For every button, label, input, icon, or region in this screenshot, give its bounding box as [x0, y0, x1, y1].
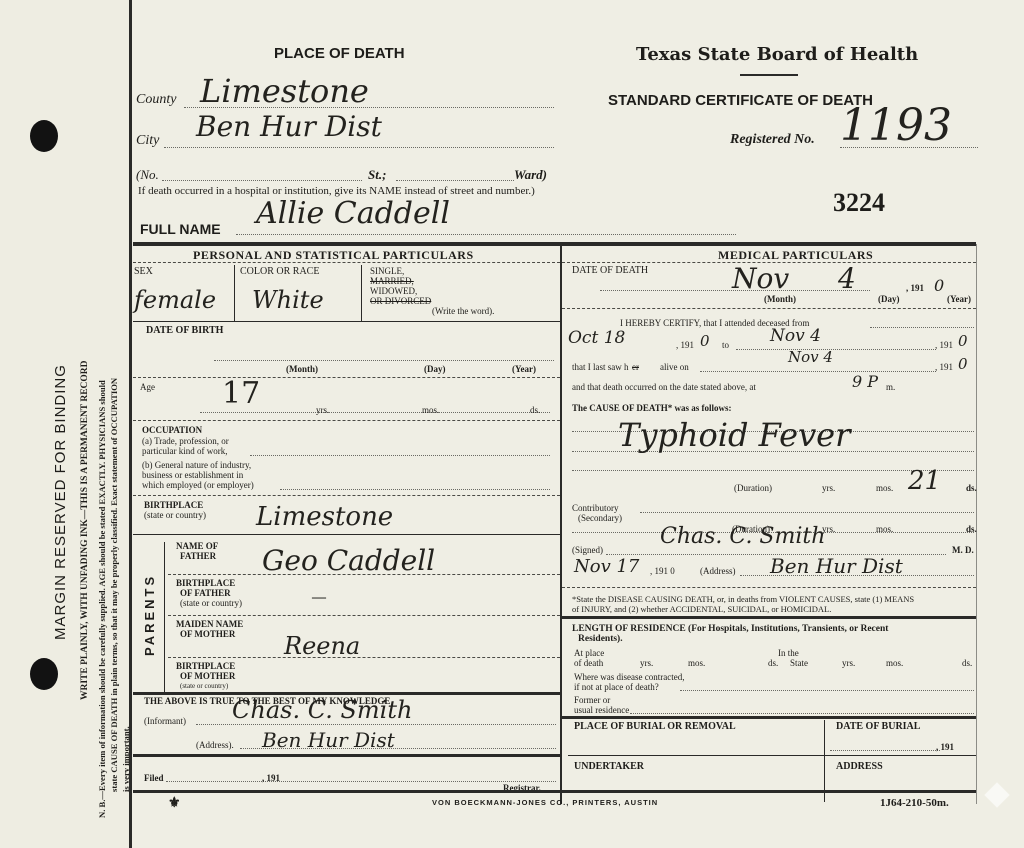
last-saw-year-prefix: , 191 — [935, 362, 953, 372]
undertaker-address-label: ADDRESS — [836, 762, 883, 772]
age-mos: mos. — [422, 405, 439, 415]
file-number: 3224 — [833, 188, 885, 218]
board-name: Texas State Board of Health — [636, 44, 918, 65]
street-label: St.; — [368, 167, 386, 183]
race-value: White — [252, 286, 324, 314]
contributory-sub: (Secondary) — [578, 513, 622, 523]
father-birthplace-value: — — [312, 590, 326, 606]
footnote-line-2: of INJURY, and (2) whether ACCIDENTAL, S… — [572, 604, 831, 614]
binding-margin: MARGIN RESERVED FOR BINDING WRITE PLAINL… — [0, 0, 130, 848]
in-state-label-1: In the — [778, 648, 799, 658]
county-value: Limestone — [200, 72, 369, 110]
duration-days-value: 21 — [908, 466, 941, 496]
undertaker-label: UNDERTAKER — [574, 762, 644, 772]
father-name-label-2: FATHER — [180, 551, 216, 561]
cause-value: Typhoid Fever — [618, 416, 850, 454]
personal-section-title: PERSONAL AND STATISTICAL PARTICULARS — [193, 248, 474, 263]
city-label: City — [136, 133, 159, 149]
occupation-b-line3: which employed (or employer) — [142, 480, 254, 490]
registered-label: Registered No. — [730, 132, 815, 148]
cause-label: The CAUSE OF DEATH* was as follows: — [572, 403, 732, 413]
death-time-suffix: m. — [886, 382, 895, 392]
center-divider — [560, 244, 562, 804]
burial-date-label: DATE OF BURIAL — [836, 722, 920, 732]
in-state-ds: ds. — [962, 658, 972, 668]
no-label: (No. — [136, 167, 159, 183]
last-saw-value: Nov 4 — [788, 348, 833, 366]
death-certificate: MARGIN RESERVED FOR BINDING WRITE PLAINL… — [0, 0, 1024, 848]
mother-name-label-1: MAIDEN NAME — [176, 619, 243, 629]
death-time-text: and that death occurred on the date stat… — [572, 382, 756, 392]
at-place-mos: mos. — [688, 658, 705, 668]
informant-value: Chas. C. Smith — [232, 696, 412, 724]
nb-line-2: state CAUSE OF DEATH in plain terms, so … — [109, 378, 119, 792]
form-code: 1J64-210-50m. — [880, 797, 949, 809]
city-value: Ben Hur Dist — [196, 110, 382, 143]
attended-to-year: 0 — [958, 332, 968, 350]
at-place-label-2: of death — [574, 658, 603, 668]
informant-label: (Informant) — [144, 716, 186, 726]
birthplace-value: Limestone — [256, 502, 393, 532]
sign-address-value: Ben Hur Dist — [770, 554, 903, 578]
dod-label: DATE OF DEATH — [572, 265, 648, 276]
dod-month-caption: (Month) — [764, 294, 796, 304]
parents-label: PARENTS — [142, 574, 157, 656]
father-birthplace-label-1: BIRTHPLACE — [176, 578, 235, 588]
watermark-star-icon — [984, 782, 1009, 807]
informant-address-label: (Address). — [196, 740, 234, 750]
attended-from-value: Oct 18 — [568, 328, 625, 348]
in-state-label-2: State — [790, 658, 808, 668]
nb-line-1: N. B.—Every item of information should b… — [97, 380, 107, 818]
burial-date-year: , 191 — [936, 742, 954, 752]
dod-year-value: 0 — [934, 276, 944, 295]
punch-hole-top — [30, 120, 58, 152]
mother-birthplace-label-3: (state or country) — [180, 681, 228, 691]
punch-hole-bottom — [30, 658, 58, 690]
marital-status: SINGLE, MARRIED, WIDOWED, OR DIVORCED — [370, 266, 431, 306]
dod-year-prefix: , 191 — [906, 283, 924, 293]
dod-day-value: 4 — [838, 262, 856, 295]
alive-on: alive on — [660, 362, 689, 372]
last-saw-year: 0 — [958, 355, 968, 373]
margin-rule — [129, 0, 132, 848]
attended-from-year-prefix: , 191 — [676, 340, 694, 350]
where-contracted-1: Where was disease contracted, — [574, 672, 684, 682]
to-label: to — [722, 340, 729, 350]
dod-day-caption: (Day) — [878, 294, 900, 304]
registered-number: 1193 — [840, 100, 952, 151]
occupation-b-line1: (b) General nature of industry, — [142, 460, 251, 470]
where-contracted-2: if not at place of death? — [574, 682, 659, 692]
mother-birthplace-label-2: OF MOTHER — [180, 671, 235, 681]
bottom-rule — [133, 790, 976, 793]
dob-day-caption: (Day) — [424, 364, 446, 374]
signed-value: Chas. C. Smith — [660, 524, 825, 549]
informant-address-value: Ben Hur Dist — [262, 728, 395, 752]
marital-note: (Write the word). — [432, 306, 494, 316]
filed-label: Filed — [144, 773, 164, 783]
birthplace-label: BIRTHPLACE — [144, 500, 203, 510]
in-state-mos: mos. — [886, 658, 903, 668]
footnote-line-1: *State the DISEASE CAUSING DEATH, or, in… — [572, 594, 914, 604]
board-rule — [740, 74, 798, 76]
mother-name-label-2: OF MOTHER — [180, 629, 235, 639]
occupation-a-line2: particular kind of work, — [142, 446, 227, 456]
sex-label: SEX — [134, 266, 153, 277]
dob-year-caption: (Year) — [512, 364, 536, 374]
ink-notice: WRITE PLAINLY, WITH UNFADING INK—THIS IS… — [80, 360, 90, 700]
main-rule — [133, 242, 976, 246]
attended-from-year: 0 — [700, 332, 710, 350]
dob-month-caption: (Month) — [286, 364, 318, 374]
attended-to-value: Nov 4 — [770, 326, 821, 346]
mother-name-value: Reena — [284, 632, 360, 660]
sex-value: female — [134, 286, 216, 314]
death-time-value: 9 P — [852, 372, 878, 391]
duration-ds: ds. — [966, 483, 977, 493]
burial-place-label: PLACE OF BURIAL OR REMOVAL — [574, 722, 736, 732]
attended-to-year-prefix: , 191 — [935, 340, 953, 350]
father-birthplace-label-2: OF FATHER — [180, 588, 231, 598]
birthplace-sub: (state or country) — [144, 510, 206, 520]
duration-label: (Duration) — [734, 483, 772, 493]
residence-title: LENGTH OF RESIDENCE (For Hospitals, Inst… — [572, 624, 888, 634]
dod-month-value: Nov — [732, 262, 789, 295]
father-name-value: Geo Caddell — [262, 544, 435, 577]
age-yrs: yrs. — [316, 405, 329, 415]
duration-mos: mos. — [876, 483, 893, 493]
signed-label: (Signed) — [572, 545, 603, 555]
residence-title-2: Residents). — [578, 634, 623, 644]
sign-address-label: (Address) — [700, 566, 736, 576]
former-residence-1: Former or — [574, 695, 610, 705]
mother-birthplace-label-1: BIRTHPLACE — [176, 661, 235, 671]
full-name-value: Allie Caddell — [256, 196, 450, 231]
occupation-label: OCCUPATION — [142, 425, 202, 435]
full-name-label: FULL NAME — [140, 221, 221, 237]
age-ds: ds. — [530, 405, 540, 415]
in-state-yrs: yrs. — [842, 658, 855, 668]
filed-year: , 191 — [262, 773, 280, 783]
last-saw-her: er — [632, 362, 639, 372]
certificate-title: STANDARD CERTIFICATE OF DEATH — [608, 92, 873, 109]
at-place-label-1: At place — [574, 648, 604, 658]
race-label: COLOR OR RACE — [240, 266, 319, 277]
union-label-icon: ⚜ — [168, 795, 181, 812]
last-saw-text: that I last saw h — [572, 362, 629, 372]
at-place-yrs: yrs. — [640, 658, 653, 668]
contributory-label: Contributory — [572, 503, 619, 513]
age-label: Age — [140, 382, 155, 392]
duration-yrs: yrs. — [822, 483, 835, 493]
duration2-mos: mos. — [876, 524, 893, 534]
binding-label: MARGIN RESERVED FOR BINDING — [52, 364, 69, 640]
sign-year: , 191 0 — [650, 566, 675, 576]
at-place-ds: ds. — [768, 658, 778, 668]
ward-label: Ward) — [514, 167, 547, 183]
duration2-ds: ds. — [966, 524, 977, 534]
dod-year-caption: (Year) — [947, 294, 971, 304]
dob-label: DATE OF BIRTH — [146, 325, 223, 336]
age-value: 17 — [222, 376, 260, 411]
sign-date-value: Nov 17 — [574, 556, 639, 577]
medical-section-title: MEDICAL PARTICULARS — [718, 248, 873, 263]
former-residence-2: usual residence — [574, 705, 629, 715]
md-label: M. D. — [952, 545, 974, 555]
printer-credit: VON BOECKMANN-JONES CO., PRINTERS, AUSTI… — [432, 798, 658, 807]
occupation-a-line1: (a) Trade, profession, or — [142, 436, 229, 446]
county-label: County — [136, 92, 176, 108]
occupation-b-line2: business or establishment in — [142, 470, 243, 480]
father-birthplace-label-3: (state or country) — [180, 598, 242, 608]
father-name-label-1: NAME OF — [176, 541, 218, 551]
place-of-death-heading: PLACE OF DEATH — [274, 45, 405, 62]
